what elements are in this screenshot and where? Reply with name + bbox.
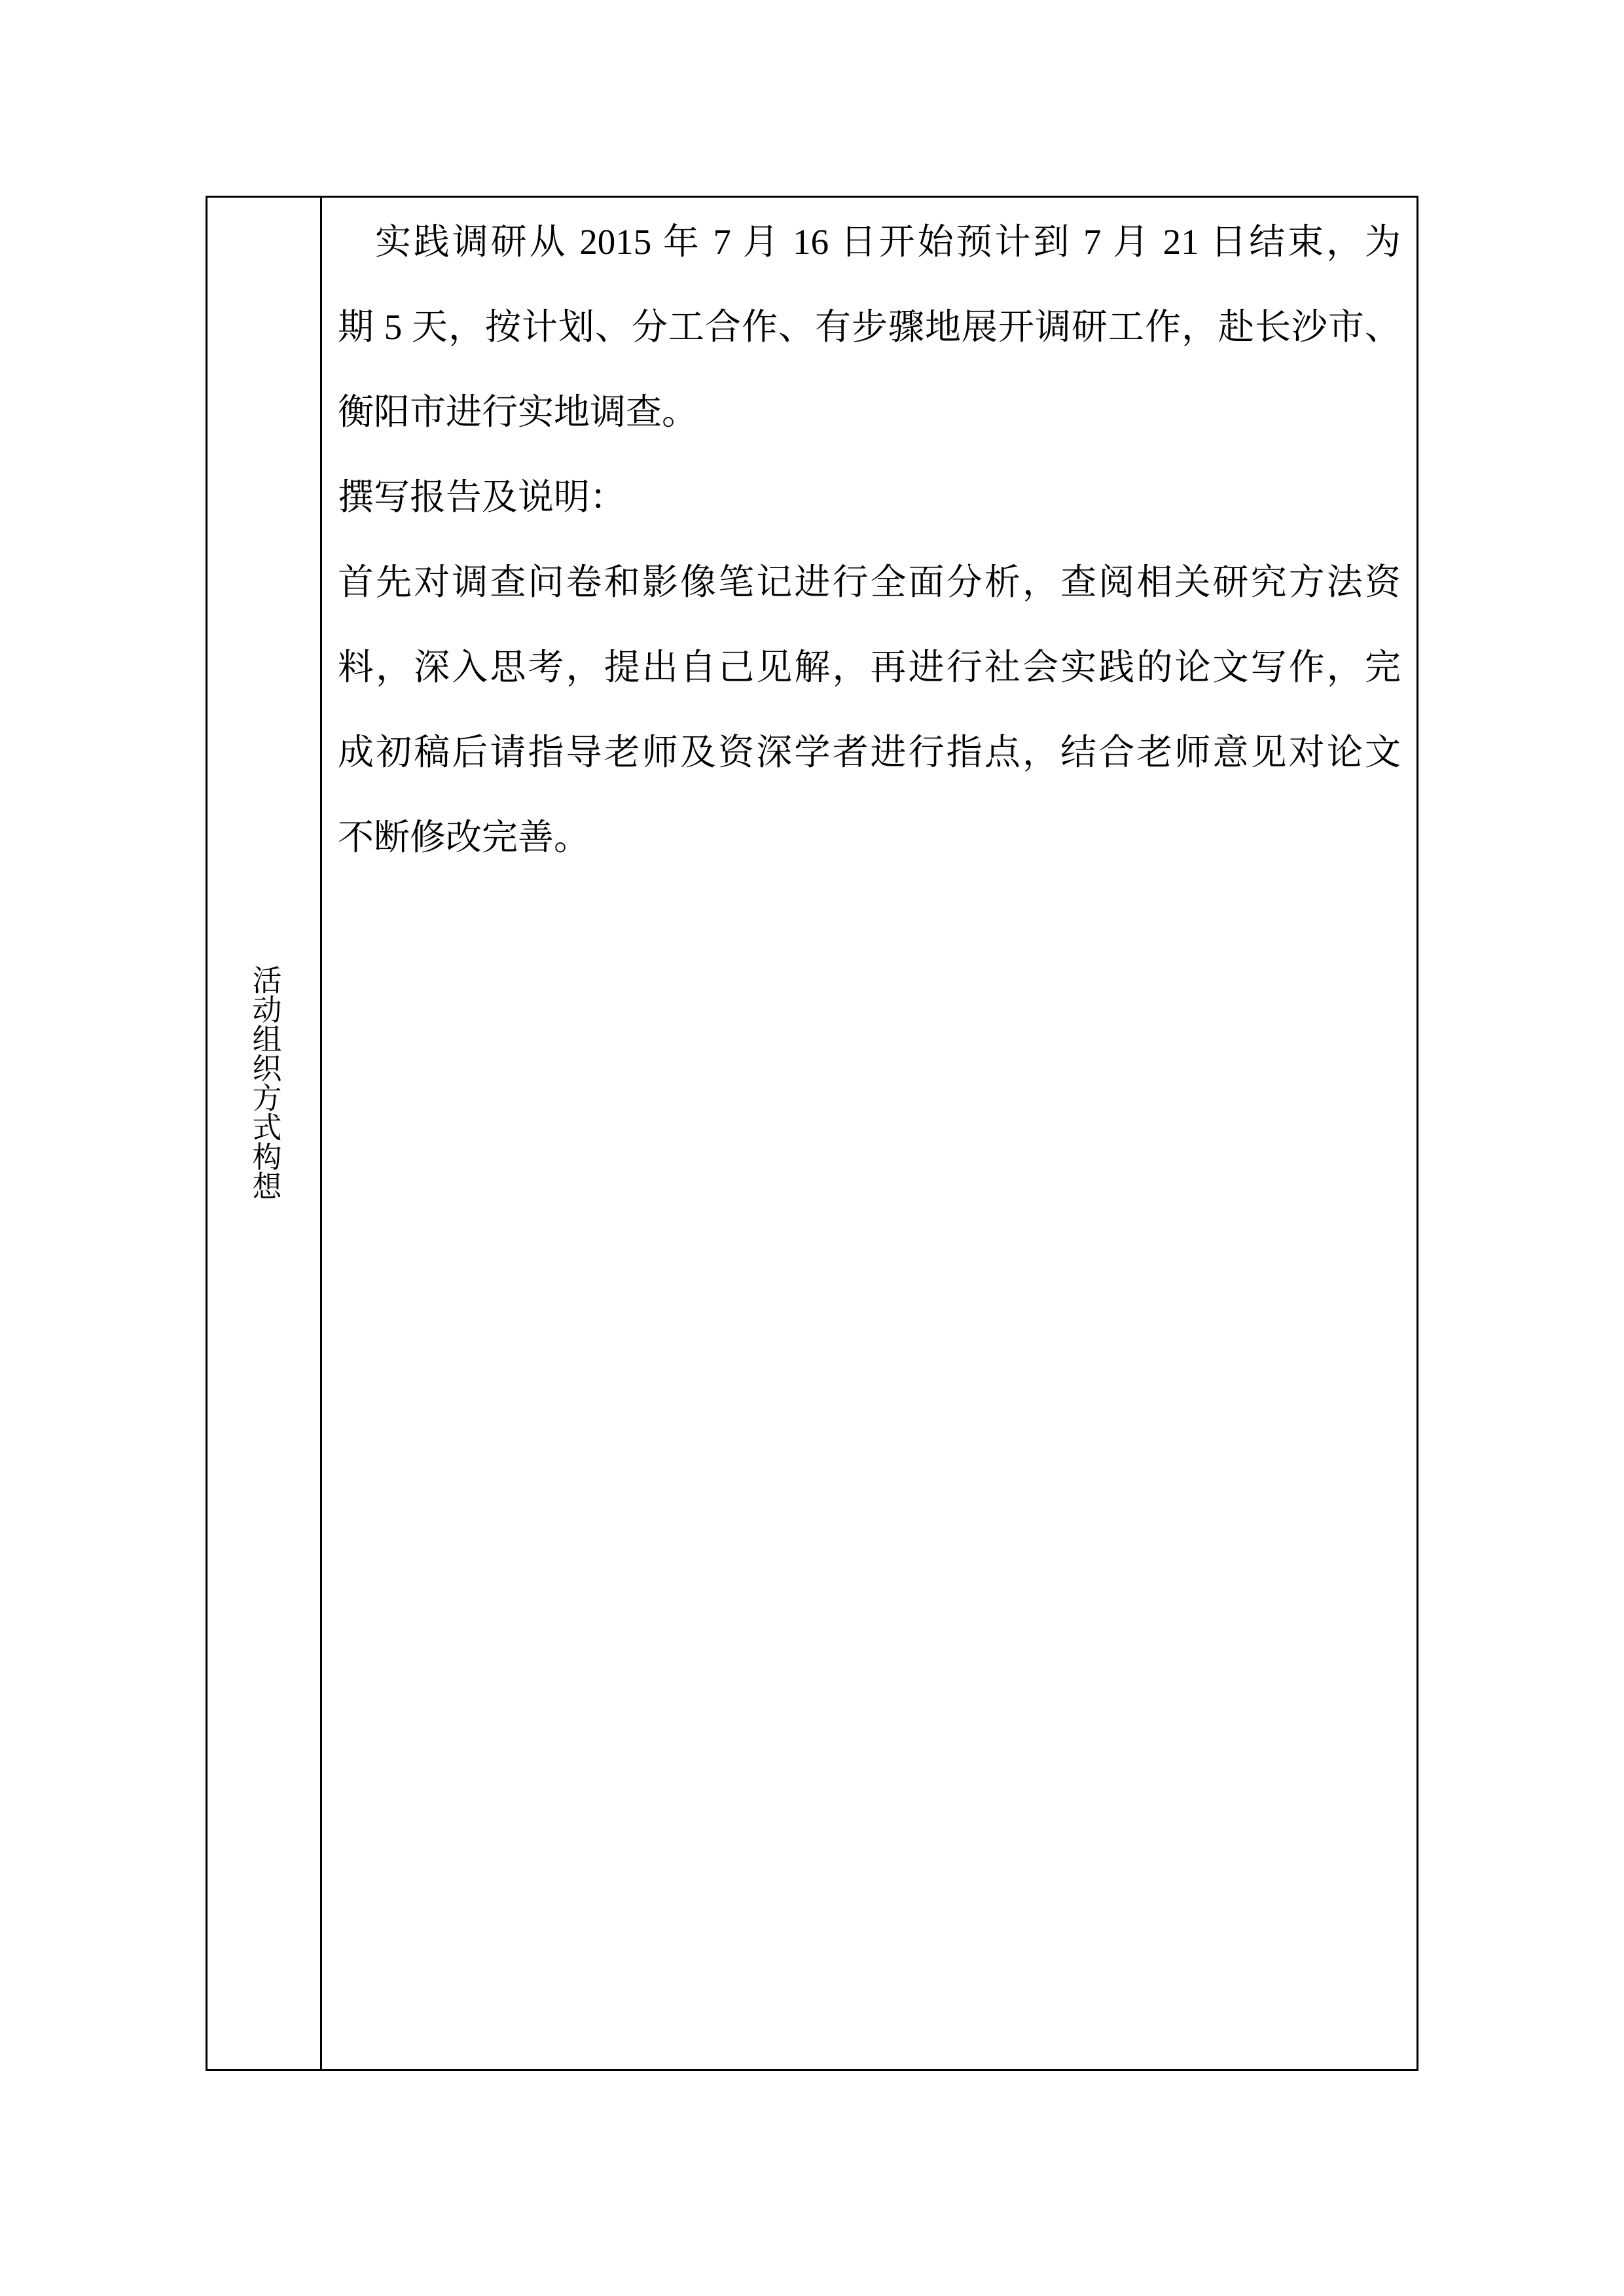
content-line: 撰写报告及说明： [338,455,1401,540]
content-line: 衡阳市进行实地调查。 [338,370,1401,455]
form-table: 活动组织方式构想 实践调研从 2015 年 7 月 16 日开始预计到 7 月 … [206,196,1418,2071]
row-label-cell: 活动组织方式构想 [208,198,322,2069]
content-line: 期 5 天，按计划、分工合作、有步骤地展开调研工作，赴长沙市、 [338,285,1401,370]
content-line: 首先对调查问卷和影像笔记进行全面分析，查阅相关研究方法资 [338,540,1401,625]
row-label-vertical-text: 活动组织方式构想 [249,965,279,1200]
document-page: { "document": { "colors": { "background"… [0,0,1624,2296]
content-line: 实践调研从 2015 年 7 月 16 日开始预计到 7 月 21 日结束，为 [338,200,1401,285]
content-line: 成初稿后请指导老师及资深学者进行指点，结合老师意见对论文 [338,710,1401,795]
content-line: 料，深入思考，提出自己见解，再进行社会实践的论文写作，完 [338,625,1401,710]
content-cell: 实践调研从 2015 年 7 月 16 日开始预计到 7 月 21 日结束，为 … [322,198,1416,2069]
content-line: 不断修改完善。 [338,795,1401,880]
